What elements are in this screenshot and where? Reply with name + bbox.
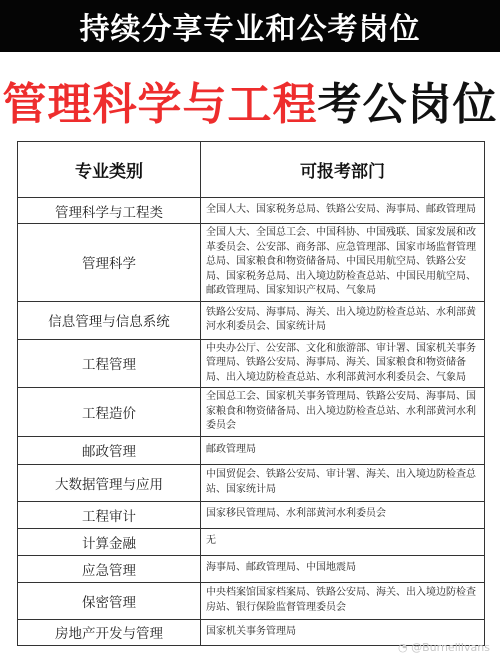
table-row: 管理科学 全国人大、全国总工会、中国科协、中国残联、国家发展和改革委员会、公安部… [18,224,485,302]
banner-text: 持续分享专业和公考岗位 [80,4,421,48]
departments-cell: 全国总工会、国家机关事务管理局、铁路公安局、海事局、国家粮食和物资储备局、出入境… [201,388,485,437]
departments-cell: 中央办公厅、公安部、文化和旅游部、审计署、国家机关事务管理局、铁路公安局、海事局… [201,339,485,388]
table-row: 保密管理 中央档案馆国家档案局、铁路公安局、海关、出入境边防检查房站、银行保险监… [18,582,485,619]
table-header-row: 专业类别 可报考部门 [18,142,485,198]
table-row: 大数据管理与应用 中国贸促会、铁路公安局、审计署、海关、出入境边防检查总站、国家… [18,464,485,501]
title-rest: 考公岗位 [318,68,498,132]
table-row: 工程造价 全国总工会、国家机关事务管理局、铁路公安局、海事局、国家粮食和物资储备… [18,388,485,437]
major-cell: 信息管理与信息系统 [18,301,201,339]
table-row: 邮政管理 邮政管理局 [18,436,485,464]
departments-cell: 铁路公安局、海事局、海关、出入境边防检查总站、水利部黄河水利委员会、国家统计局 [201,301,485,339]
major-cell: 大数据管理与应用 [18,464,201,501]
weibo-watermark: ◔ @BurnellIvans [398,641,490,654]
table-row: 工程审计 国家移民管理局、水利部黄河水利委员会 [18,501,485,528]
major-cell: 应急管理 [18,555,201,582]
weibo-icon: ◔ [398,641,411,654]
departments-cell: 中国贸促会、铁路公安局、审计署、海关、出入境边防检查总站、国家统计局 [201,464,485,501]
major-department-table: 专业类别 可报考部门 管理科学与工程类 全国人大、国家税务总局、铁路公安局、海事… [17,141,485,646]
header-major: 专业类别 [18,142,201,198]
header-departments: 可报考部门 [201,142,485,198]
major-cell: 管理科学与工程类 [18,198,201,224]
departments-cell: 国家移民管理局、水利部黄河水利委员会 [201,501,485,528]
major-cell: 工程审计 [18,501,201,528]
table-row: 应急管理 海事局、邮政管理局、中国地震局 [18,555,485,582]
departments-cell: 中央档案馆国家档案局、铁路公安局、海关、出入境边防检查房站、银行保险监督管理委员… [201,582,485,619]
departments-cell: 无 [201,528,485,555]
departments-cell: 邮政管理局 [201,436,485,464]
major-cell: 工程造价 [18,388,201,437]
major-cell: 邮政管理 [18,436,201,464]
page-title: 管理科学与工程考公岗位 [0,70,500,130]
major-cell: 管理科学 [18,224,201,302]
departments-cell: 全国人大、全国总工会、中国科协、中国残联、国家发展和改革委员会、公安部、商务部、… [201,224,485,302]
top-banner: 持续分享专业和公考岗位 [0,0,500,52]
table-row: 计算金融 无 [18,528,485,555]
major-cell: 保密管理 [18,582,201,619]
major-cell: 计算金融 [18,528,201,555]
watermark-text: @BurnellIvans [411,641,490,654]
major-cell: 房地产开发与管理 [18,619,201,645]
major-cell: 工程管理 [18,339,201,388]
table-row: 管理科学与工程类 全国人大、国家税务总局、铁路公安局、海事局、邮政管理局 [18,198,485,224]
title-highlight: 管理科学与工程 [3,68,318,132]
departments-cell: 全国人大、国家税务总局、铁路公安局、海事局、邮政管理局 [201,198,485,224]
table-row: 信息管理与信息系统 铁路公安局、海事局、海关、出入境边防检查总站、水利部黄河水利… [18,301,485,339]
table-row: 工程管理 中央办公厅、公安部、文化和旅游部、审计署、国家机关事务管理局、铁路公安… [18,339,485,388]
departments-cell: 海事局、邮政管理局、中国地震局 [201,555,485,582]
